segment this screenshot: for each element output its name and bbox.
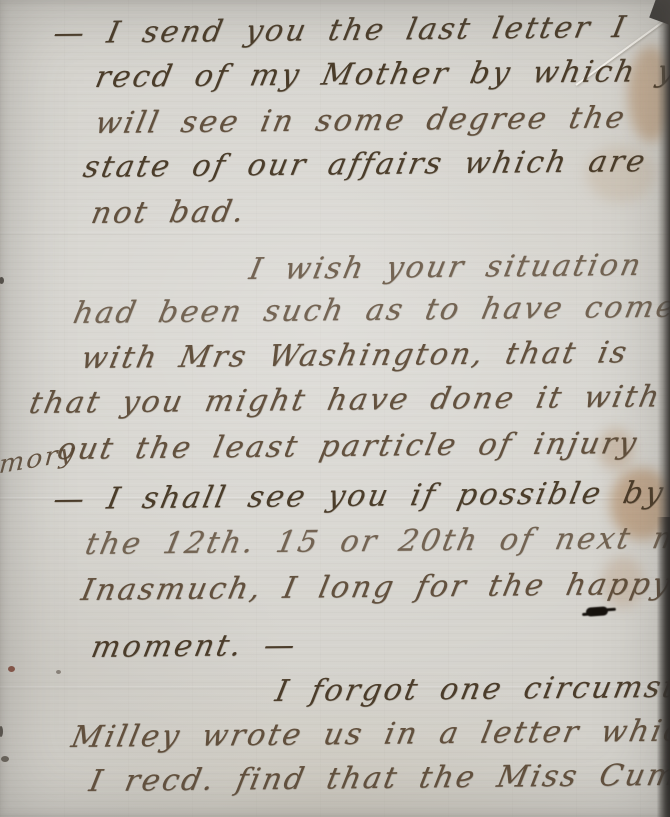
letter-line: that you might have done it with (26, 379, 665, 422)
letter-line: will see in some degree the (92, 100, 630, 142)
letter-line: had been such as to have come (70, 290, 670, 332)
letter-line: I forgot one circumstance (272, 669, 670, 710)
letter-line: Inasmuch, I long for the happy (78, 567, 670, 609)
dark-speck (56, 670, 61, 674)
letter-line: moment. — (88, 628, 300, 666)
letter-line: — I send you the last letter I (50, 10, 631, 52)
scan-edge-right-lower (654, 517, 670, 817)
letter-line: with Mrs Washington, that is (78, 335, 632, 377)
letter-line: — I shall see you if possible by (50, 476, 668, 518)
red-speck (8, 666, 15, 672)
ink-blot (586, 606, 609, 617)
letter-line: not bad. (88, 194, 249, 232)
letter-line: I recd. find that the Miss Cummings (86, 757, 670, 800)
letter-line: the 12th. 15 or 20th of next month. (82, 520, 670, 563)
letter-line: I wish your situation (246, 248, 646, 288)
letter-line: recd of my Mother by which yo (92, 54, 670, 96)
dark-speck (1, 756, 9, 762)
letter-scan: — I send you the last letter I recd of m… (0, 0, 670, 817)
letter-line: state of our affairs which are (80, 144, 650, 186)
horizontal-crease (0, 232, 670, 235)
letter-line: Milley wrote us in a letter which (68, 713, 670, 756)
letter-line: out the least particle of injury (54, 426, 642, 468)
